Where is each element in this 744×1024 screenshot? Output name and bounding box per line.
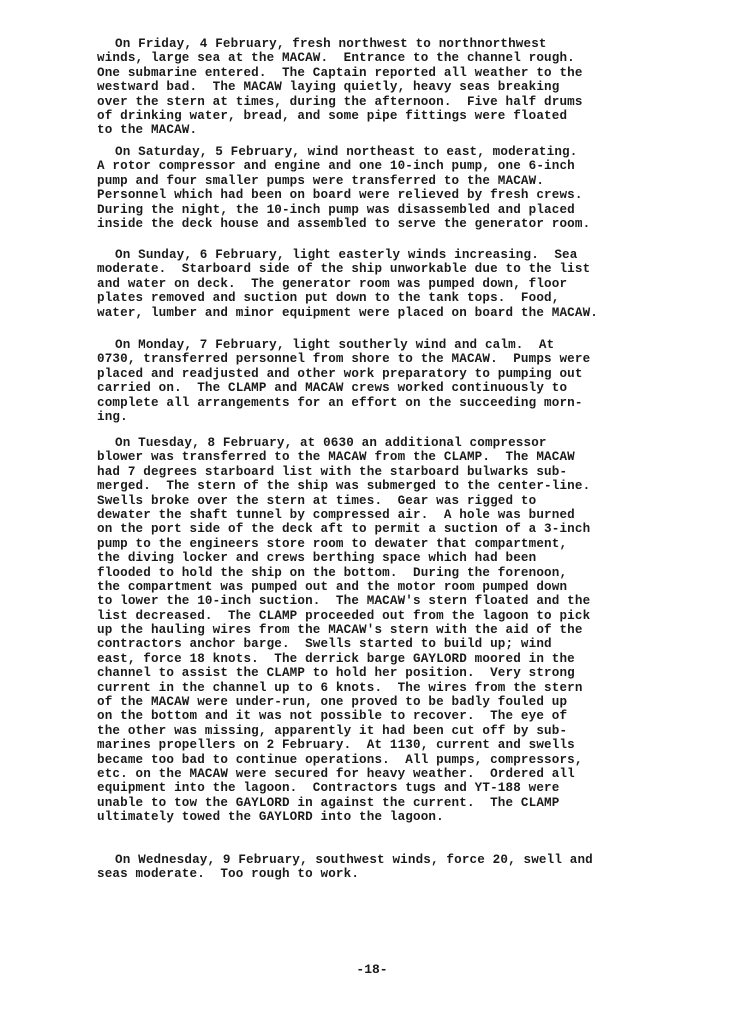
text-line: the compartment was pumped out and the m…	[97, 580, 677, 594]
paragraph-monday: On Monday, 7 February, light southerly w…	[97, 338, 677, 424]
text-line: placed and readjusted and other work pre…	[97, 367, 677, 381]
text-line: to lower the 10-inch suction. The MACAW'…	[97, 594, 677, 608]
text-line: of the MACAW were under-run, one proved …	[97, 695, 677, 709]
text-line: of drinking water, bread, and some pipe …	[97, 109, 677, 123]
text-line: over the stern at times, during the afte…	[97, 95, 677, 109]
text-line: complete all arrangements for an effort …	[97, 396, 677, 410]
text-line: On Sunday, 6 February, light easterly wi…	[97, 248, 677, 262]
text-line: east, force 18 knots. The derrick barge …	[97, 652, 677, 666]
text-line: to the MACAW.	[97, 123, 677, 137]
paragraph-friday: On Friday, 4 February, fresh northwest t…	[97, 37, 677, 138]
text-line: During the night, the 10-inch pump was d…	[97, 203, 677, 217]
text-line: the diving locker and crews berthing spa…	[97, 551, 677, 565]
text-line: water, lumber and minor equipment were p…	[97, 306, 677, 320]
text-line: One submarine entered. The Captain repor…	[97, 66, 677, 80]
text-line: inside the deck house and assembled to s…	[97, 217, 677, 231]
text-line: winds, large sea at the MACAW. Entrance …	[97, 51, 677, 65]
text-line: On Wednesday, 9 February, southwest wind…	[97, 853, 677, 867]
text-line: had 7 degrees starboard list with the st…	[97, 465, 677, 479]
text-line: Swells broke over the stern at times. Ge…	[97, 494, 677, 508]
text-line: and water on deck. The generator room wa…	[97, 277, 677, 291]
text-line: ing.	[97, 410, 677, 424]
text-line: merged. The stern of the ship was submer…	[97, 479, 677, 493]
text-line: On Friday, 4 February, fresh northwest t…	[97, 37, 677, 51]
text-line: up the hauling wires from the MACAW's st…	[97, 623, 677, 637]
paragraph-saturday: On Saturday, 5 February, wind northeast …	[97, 145, 677, 231]
text-line: westward bad. The MACAW laying quietly, …	[97, 80, 677, 94]
paragraph-tuesday: On Tuesday, 8 February, at 0630 an addit…	[97, 436, 677, 825]
text-line: 0730, transferred personnel from shore t…	[97, 352, 677, 366]
text-line: carried on. The CLAMP and MACAW crews wo…	[97, 381, 677, 395]
page-number: -18-	[0, 962, 744, 977]
text-line: A rotor compressor and engine and one 10…	[97, 159, 677, 173]
text-line: unable to tow the GAYLORD in against the…	[97, 796, 677, 810]
text-line: list decreased. The CLAMP proceeded out …	[97, 609, 677, 623]
text-line: channel to assist the CLAMP to hold her …	[97, 666, 677, 680]
text-line: flooded to hold the ship on the bottom. …	[97, 566, 677, 580]
text-line: etc. on the MACAW were secured for heavy…	[97, 767, 677, 781]
paragraph-wednesday: On Wednesday, 9 February, southwest wind…	[97, 853, 677, 882]
text-line: Personnel which had been on board were r…	[97, 188, 677, 202]
document-page: On Friday, 4 February, fresh northwest t…	[0, 0, 744, 1024]
text-line: on the bottom and it was not possible to…	[97, 709, 677, 723]
text-line: dewater the shaft tunnel by compressed a…	[97, 508, 677, 522]
text-line: equipment into the lagoon. Contractors t…	[97, 781, 677, 795]
text-line: current in the channel up to 6 knots. Th…	[97, 681, 677, 695]
text-line: moderate. Starboard side of the ship unw…	[97, 262, 677, 276]
text-line: contractors anchor barge. Swells started…	[97, 637, 677, 651]
text-line: marines propellers on 2 February. At 113…	[97, 738, 677, 752]
text-line: pump and four smaller pumps were transfe…	[97, 174, 677, 188]
text-line: plates removed and suction put down to t…	[97, 291, 677, 305]
text-line: On Monday, 7 February, light southerly w…	[97, 338, 677, 352]
text-line: ultimately towed the GAYLORD into the la…	[97, 810, 677, 824]
text-line: blower was transferred to the MACAW from…	[97, 450, 677, 464]
text-line: the other was missing, apparently it had…	[97, 724, 677, 738]
text-line: on the port side of the deck aft to perm…	[97, 522, 677, 536]
text-line: On Tuesday, 8 February, at 0630 an addit…	[97, 436, 677, 450]
paragraph-sunday: On Sunday, 6 February, light easterly wi…	[97, 248, 677, 320]
text-line: seas moderate. Too rough to work.	[97, 867, 677, 881]
text-line: On Saturday, 5 February, wind northeast …	[97, 145, 677, 159]
text-line: became too bad to continue operations. A…	[97, 753, 677, 767]
text-line: pump to the engineers store room to dewa…	[97, 537, 677, 551]
